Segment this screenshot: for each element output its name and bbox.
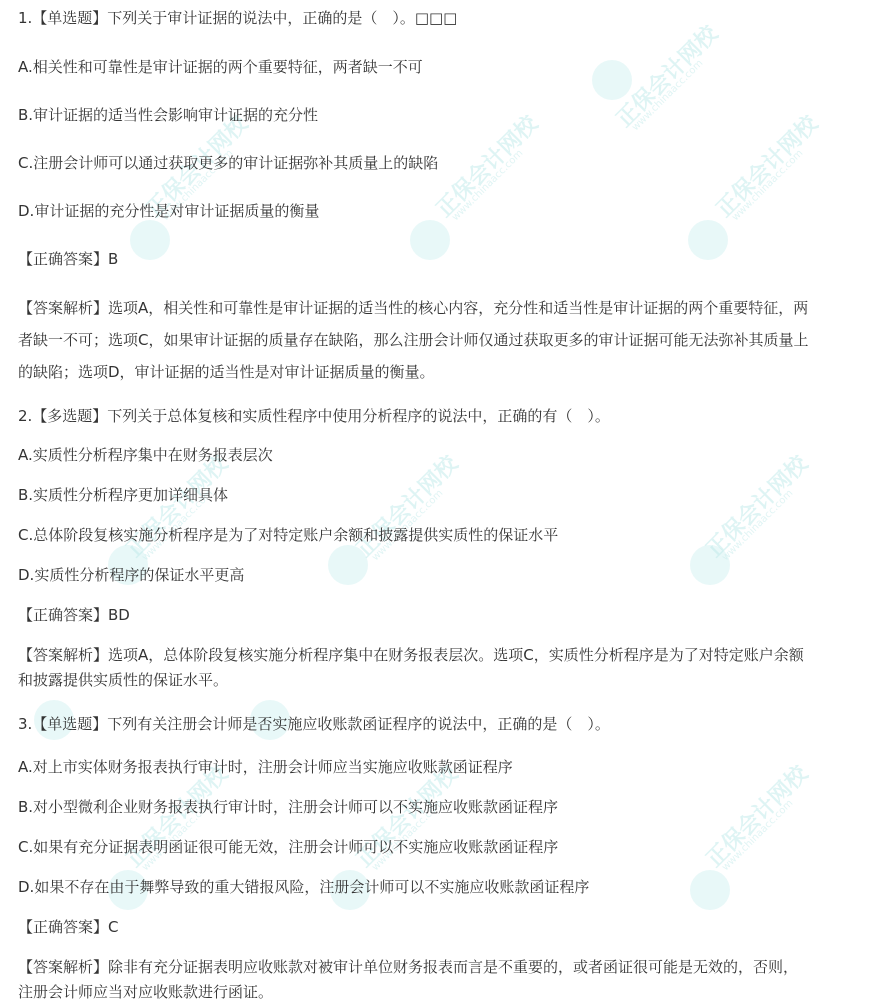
option-2-c: C.总体阶段复核实施分析程序是为了对特定账户余额和披露提供实质性的保证水平 (18, 525, 558, 545)
explanation-3-line-1: 【答案解析】除非有充分证据表明应收账款对被审计单位财务报表而言是不重要的，或者函… (18, 957, 798, 977)
question-stem-1: 1.【单选题】下列关于审计证据的说法中，正确的是（ ）。□□□ (18, 8, 457, 28)
answer-3: 【正确答案】C (18, 917, 118, 937)
answer-2: 【正确答案】BD (18, 605, 130, 625)
option-1-c: C.注册会计师可以通过获取更多的审计证据弥补其质量上的缺陷 (18, 153, 438, 173)
explanation-2-line-1: 【答案解析】选项A，总体阶段复核实施分析程序集中在财务报表层次。选项C，实质性分… (18, 645, 804, 665)
option-3-c: C.如果有充分证据表明函证很可能无效，注册会计师可以不实施应收账款函证程序 (18, 837, 558, 857)
option-3-d: D.如果不存在由于舞弊导致的重大错报风险，注册会计师可以不实施应收账款函证程序 (18, 877, 589, 897)
explanation-3-line-2: 注册会计师应当对应收账款进行函证。 (18, 982, 273, 1002)
option-3-a: A.对上市实体财务报表执行审计时，注册会计师应当实施应收账款函证程序 (18, 757, 513, 777)
option-3-b: B.对小型微利企业财务报表执行审计时，注册会计师可以不实施应收账款函证程序 (18, 797, 558, 817)
question-stem-3: 3.【单选题】下列有关注册会计师是否实施应收账款函证程序的说法中，正确的是（ ）… (18, 714, 610, 734)
explanation-1-line-2: 者缺一不可；选项C，如果审计证据的质量存在缺陷，那么注册会计师仅通过获取更多的审… (18, 330, 808, 350)
explanation-2-line-2: 和披露提供实质性的保证水平。 (18, 670, 228, 690)
option-2-d: D.实质性分析程序的保证水平更高 (18, 565, 244, 585)
question-stem-2: 2.【多选题】下列关于总体复核和实质性程序中使用分析程序的说法中，正确的有（ ）… (18, 406, 610, 426)
option-1-b: B.审计证据的适当性会影响审计证据的充分性 (18, 105, 318, 125)
explanation-1-line-3: 的缺陷；选项D，审计证据的适当性是对审计证据质量的衡量。 (18, 362, 435, 382)
answer-1: 【正确答案】B (18, 249, 118, 269)
option-2-a: A.实质性分析程序集中在财务报表层次 (18, 445, 273, 465)
explanation-1-line-1: 【答案解析】选项A，相关性和可靠性是审计证据的适当性的核心内容，充分性和适当性是… (18, 298, 808, 318)
option-1-d: D.审计证据的充分性是对审计证据质量的衡量 (18, 201, 319, 221)
option-2-b: B.实质性分析程序更加详细具体 (18, 485, 228, 505)
question-list: 1.【单选题】下列关于审计证据的说法中，正确的是（ ）。□□□ A.相关性和可靠… (0, 0, 869, 1006)
option-1-a: A.相关性和可靠性是审计证据的两个重要特征，两者缺一不可 (18, 57, 423, 77)
